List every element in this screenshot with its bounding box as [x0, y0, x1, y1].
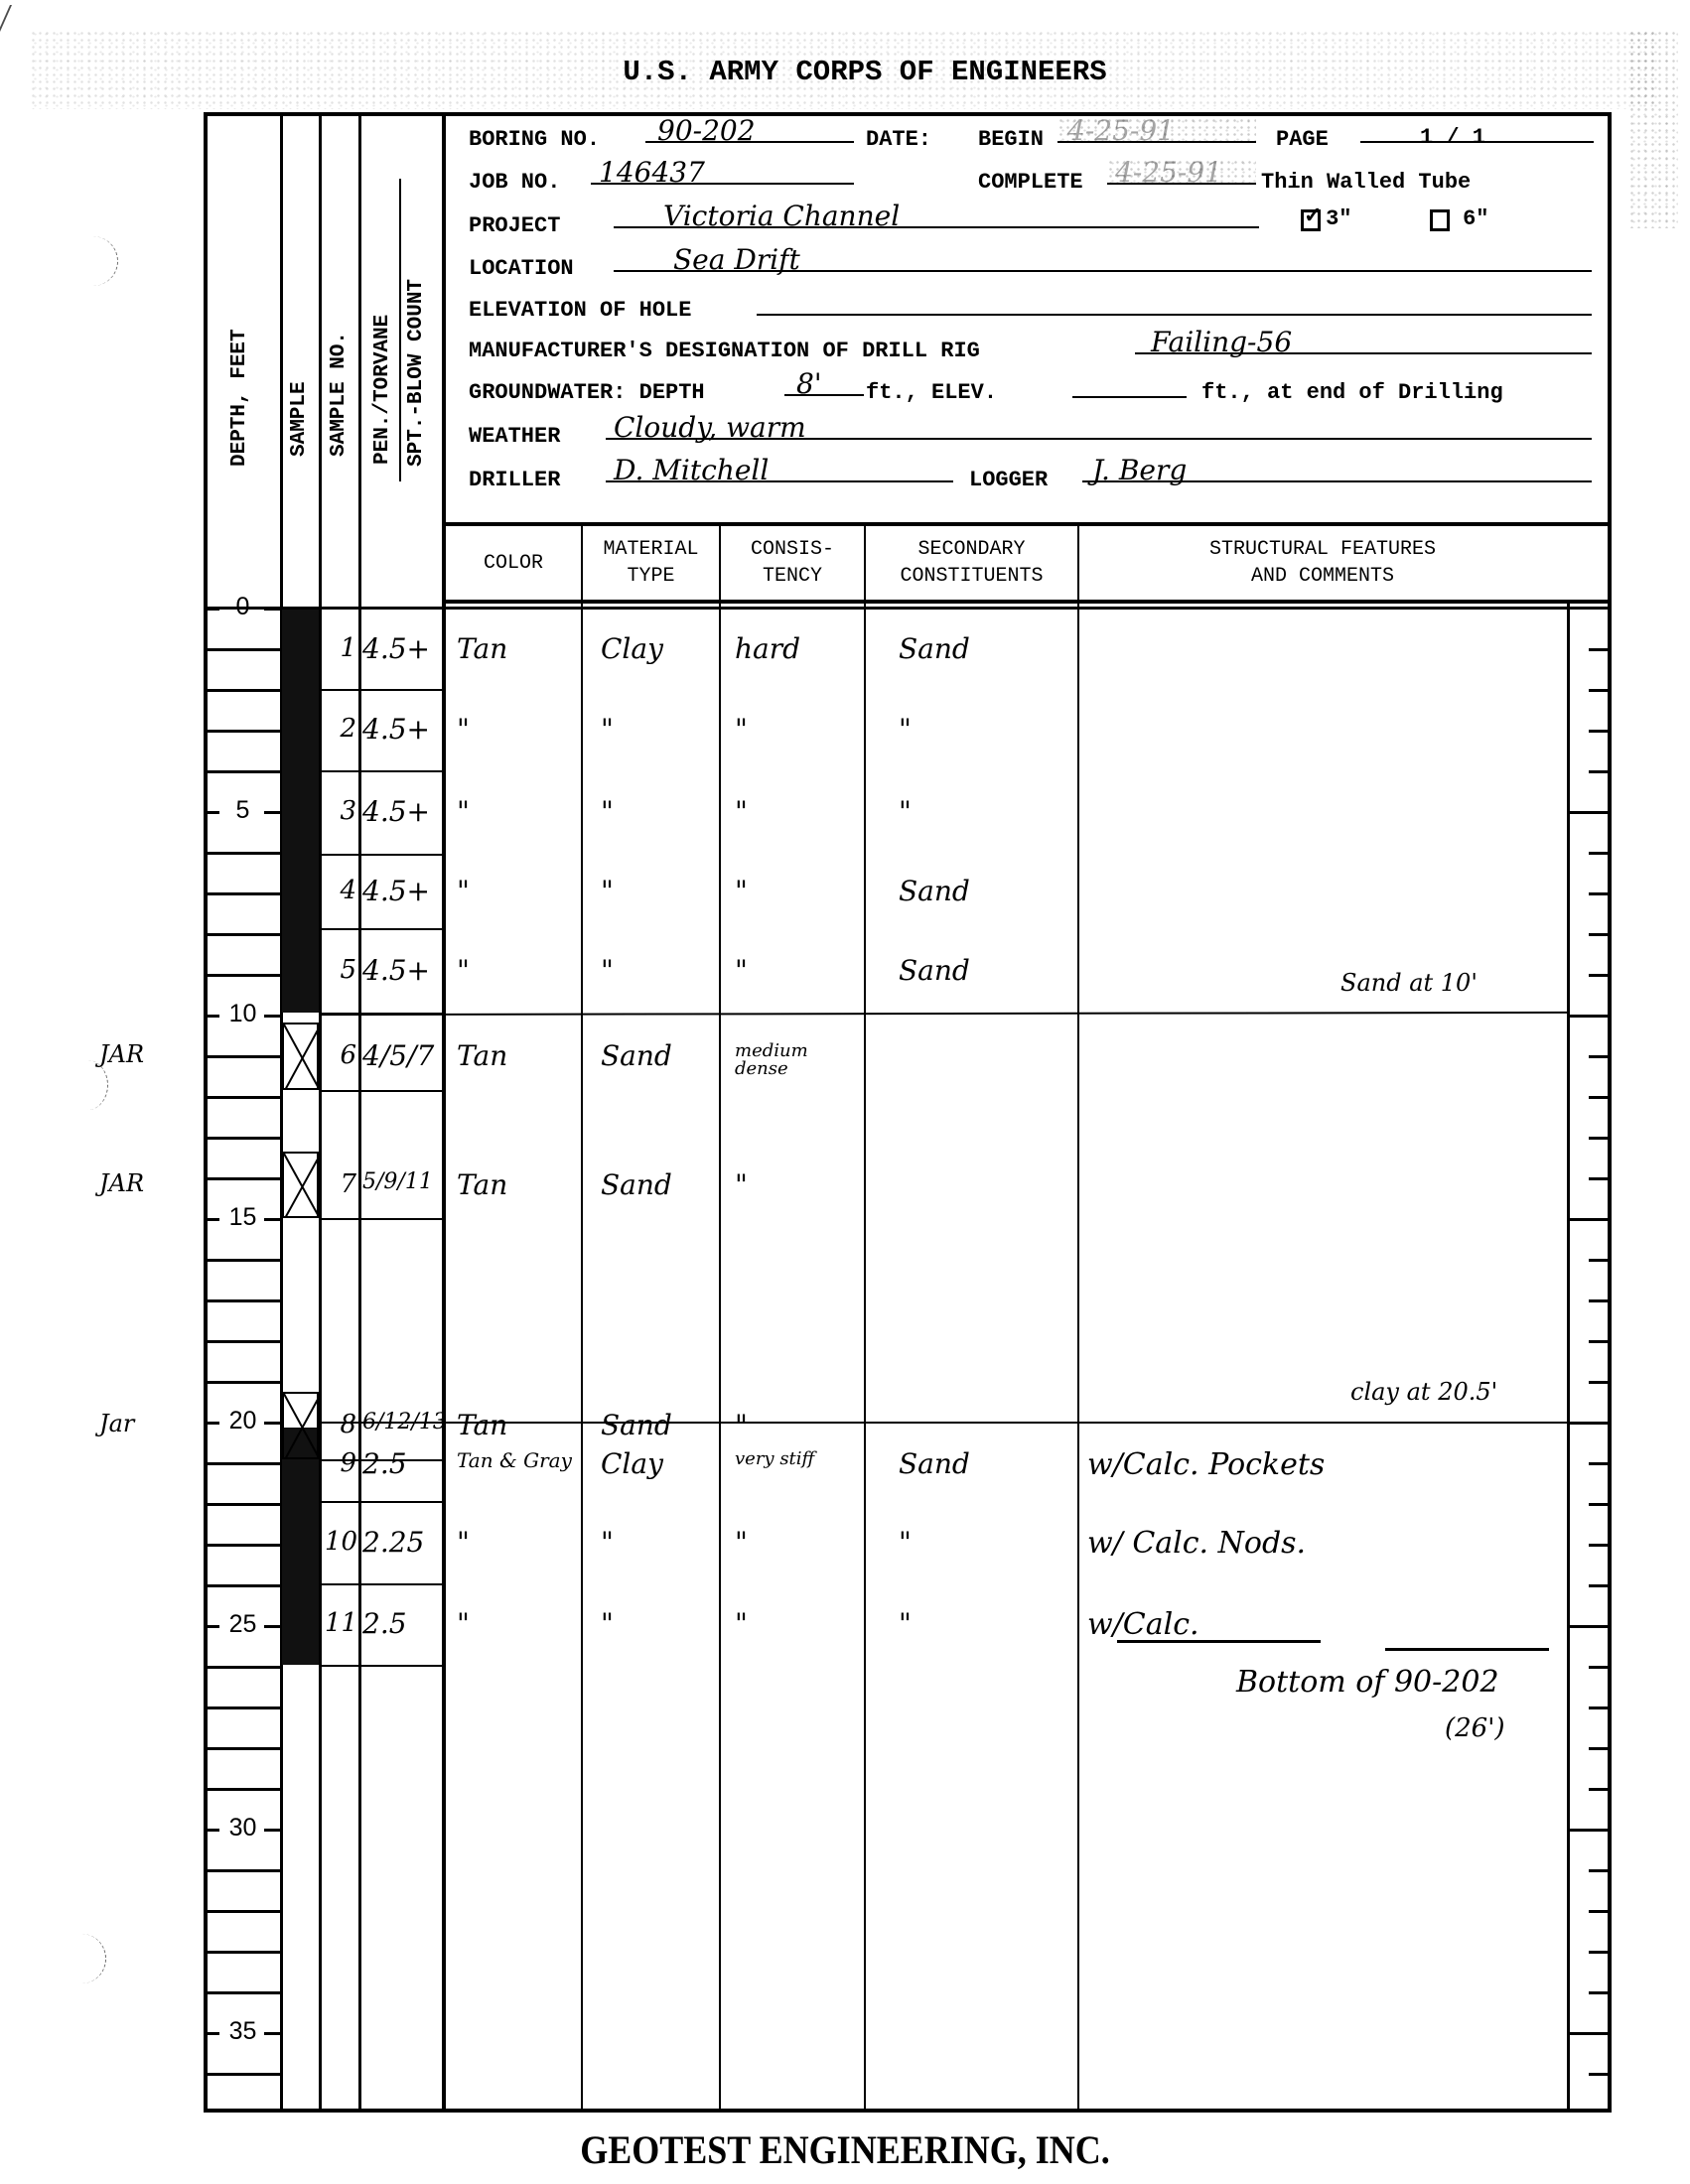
- consistency-value: ": [735, 878, 854, 905]
- scale-tick: [1589, 1259, 1610, 1262]
- consistency-value: very stiff: [735, 1450, 854, 1468]
- sample-row[interactable]: [321, 1583, 1567, 1665]
- tube-6in-label: 6": [1463, 206, 1488, 231]
- material-value: Clay: [601, 635, 663, 663]
- secondary-value: Sand: [899, 1450, 970, 1478]
- comment-value: w/Calc. Pockets: [1087, 1450, 1325, 1480]
- secondary-value: ": [899, 716, 912, 744]
- scale-tick: [1589, 974, 1610, 977]
- pen-torvane-header: PEN./TORVANE: [371, 256, 394, 465]
- depth-tick: [206, 1259, 280, 1262]
- sample-spt-box: [282, 1152, 319, 1218]
- sample-row[interactable]: [321, 1152, 1567, 1218]
- location-value: Sea Drift: [673, 243, 800, 276]
- scale-tick: [1589, 1137, 1610, 1140]
- col-divider: [358, 112, 361, 2113]
- color-value: Tan: [457, 1171, 507, 1199]
- depth-tick: [206, 1584, 280, 1587]
- col-header-color: COLOR: [446, 526, 581, 600]
- sample-row[interactable]: [321, 689, 1567, 770]
- depth-label: 30: [204, 1816, 282, 1841]
- end-line: [1117, 1640, 1321, 1643]
- col-header-consistency: CONSIS- TENCY: [721, 526, 864, 600]
- material-value: ": [601, 878, 614, 905]
- sample-no: 4: [325, 878, 356, 903]
- scale-tick: [1569, 1422, 1610, 1425]
- thin-walled-tube-label: Thin Walled Tube: [1261, 172, 1471, 194]
- punch-hole: [58, 1934, 106, 1983]
- boring-bottom-26ft: [321, 1665, 442, 1667]
- weather-label: WEATHER: [469, 426, 560, 448]
- color-value: ": [457, 878, 470, 905]
- depth-tick: [206, 1869, 280, 1872]
- consistency-value: hard: [735, 635, 854, 663]
- depth-tick: [206, 1544, 280, 1547]
- depth-tick: [206, 974, 280, 977]
- end-line: [1385, 1648, 1549, 1651]
- color-value: ": [457, 1529, 470, 1557]
- pen-spt-value: 2.5: [362, 1450, 442, 1478]
- consistency-value: ": [735, 798, 854, 826]
- scale-tick: [1589, 1381, 1610, 1384]
- color-value: ": [457, 1610, 470, 1638]
- depth-tick: [206, 1706, 280, 1709]
- sample-divider: [321, 1090, 442, 1092]
- pen-spt-divider: [399, 179, 401, 481]
- agency-title: U.S. ARMY CORPS OF ENGINEERS: [0, 56, 1690, 88]
- groundwater-depth-value: 8': [796, 367, 822, 400]
- job-no-value: 146437: [599, 156, 705, 189]
- depth-tick: [206, 1747, 280, 1750]
- consistency-value: ": [735, 716, 854, 744]
- sample-no: 5: [325, 957, 356, 983]
- consistency-value: ": [735, 957, 854, 985]
- depth-tick: [206, 648, 280, 651]
- ft-elev-label: ft., ELEV.: [866, 382, 997, 404]
- depth-tick: [206, 1299, 280, 1302]
- depth-tick: [206, 1910, 280, 1913]
- sample-divider: [321, 1218, 442, 1220]
- checkmark-icon: ✓: [1304, 203, 1322, 228]
- sample-no: 6: [325, 1042, 356, 1068]
- secondary-value: Sand: [899, 957, 970, 985]
- material-value: ": [601, 1610, 614, 1638]
- note-bottom-depth: (26'): [1445, 1715, 1505, 1741]
- column-header-bottom: [442, 600, 1612, 604]
- scale-tick: [1589, 1991, 1610, 1994]
- logger-label: LOGGER: [969, 470, 1048, 491]
- sample-no: 1: [325, 635, 356, 661]
- note-bottom-of-boring: Bottom of 90-202: [1236, 1668, 1499, 1698]
- col-divider: [442, 112, 446, 2113]
- location-field[interactable]: Sea Drift: [614, 246, 1592, 272]
- elevation-label: ELEVATION OF HOLE: [469, 300, 691, 322]
- material-value: Sand: [601, 1171, 672, 1199]
- depth-tick: [206, 1951, 280, 1954]
- groundwater-depth-field[interactable]: 8': [784, 370, 864, 396]
- tube-3in-label: 3": [1326, 206, 1351, 231]
- tube-3in-option[interactable]: ✓ 3": [1301, 208, 1352, 231]
- sample-no: 2: [325, 716, 356, 742]
- scale-tick: [1589, 933, 1610, 936]
- sample-row[interactable]: [321, 1501, 1567, 1583]
- drill-rig-field[interactable]: Failing-56: [1135, 329, 1592, 354]
- scale-tick: [1589, 648, 1610, 651]
- sample-tube-bar: [282, 1428, 319, 1665]
- secondary-value: ": [899, 1529, 912, 1557]
- col-header-secondary: SECONDARY CONSTITUENTS: [866, 526, 1077, 600]
- depth-tick: [206, 1462, 280, 1465]
- scale-tick: [1589, 1055, 1610, 1058]
- boring-no-field[interactable]: 90-202: [645, 117, 854, 143]
- comment-value: w/ Calc. Nods.: [1087, 1529, 1306, 1559]
- color-value: ": [457, 798, 470, 826]
- color-value: ": [457, 957, 470, 985]
- depth-tick: [206, 1340, 280, 1343]
- secondary-value: ": [899, 798, 912, 826]
- begin-date-field[interactable]: 4-25-91: [1057, 117, 1256, 143]
- driller-field[interactable]: D. Mitchell: [606, 457, 953, 482]
- margin-jar-note: Jar: [99, 1412, 134, 1435]
- scale-tick: [1589, 1706, 1610, 1709]
- depth-tick: [206, 1137, 280, 1140]
- scale-tick: [1589, 1869, 1610, 1872]
- note-sand-at-10: Sand at 10': [1340, 971, 1478, 995]
- scale-tick: [1589, 1177, 1610, 1180]
- job-no-label: JOB NO.: [469, 172, 560, 194]
- secondary-value: Sand: [899, 878, 970, 905]
- scale-tick: [1589, 1544, 1610, 1547]
- consistency-value: medium dense: [735, 1042, 854, 1078]
- depth-tick: [206, 730, 280, 733]
- complete-date-field[interactable]: 4-25-91: [1107, 159, 1256, 185]
- col-divider: [280, 112, 283, 2113]
- sample-no: 11: [325, 1610, 356, 1636]
- depth-tick: [206, 892, 280, 895]
- pen-spt-value: 4.5+: [362, 878, 442, 905]
- company-footer: GEOTEST ENGINEERING, INC.: [84, 2126, 1606, 2173]
- pen-spt-value: 4.5+: [362, 957, 442, 985]
- material-value: ": [601, 957, 614, 985]
- sample-spt-box: [282, 1023, 319, 1090]
- project-value: Victoria Channel: [663, 200, 900, 232]
- location-label: LOCATION: [469, 258, 574, 280]
- scale-tick: [1589, 1910, 1610, 1913]
- sample-row[interactable]: [321, 770, 1567, 854]
- consistency-value: ": [735, 1529, 854, 1557]
- scale-tick: [1589, 689, 1610, 692]
- scale-tick: [1589, 2073, 1610, 2076]
- pen-spt-value: 5/9/11: [362, 1171, 442, 1193]
- margin-jar-note: JAR: [99, 1171, 144, 1195]
- depth-tick: [206, 1177, 280, 1180]
- consistency-value: ": [735, 1171, 854, 1199]
- depth-label: 35: [204, 2019, 282, 2044]
- scale-tick: [1589, 1503, 1610, 1506]
- pen-spt-value: 4.5+: [362, 635, 442, 663]
- scale-tick: [1589, 892, 1610, 895]
- date-label: DATE:: [866, 129, 931, 151]
- pen-spt-value: 2.25: [362, 1529, 442, 1557]
- depth-tick: [206, 1503, 280, 1506]
- depth-tick: [206, 1788, 280, 1791]
- scale-col-divider: [1567, 602, 1570, 2111]
- end-of-drilling-label: ft., at end of Drilling: [1201, 382, 1503, 404]
- material-value: ": [601, 798, 614, 826]
- tube-3in-checkbox[interactable]: ✓: [1301, 209, 1321, 231]
- scale-tick: [1569, 1015, 1610, 1018]
- weather-field[interactable]: Cloudy, warm: [606, 414, 1592, 440]
- logger-field[interactable]: J. Berg: [1082, 457, 1592, 482]
- scale-tick: [1569, 1625, 1610, 1628]
- pen-spt-value: 4.5+: [362, 716, 442, 744]
- depth-tick: [206, 770, 280, 773]
- elevation-field[interactable]: [757, 290, 1592, 316]
- depth-feet-header: DEPTH, FEET: [228, 268, 251, 467]
- color-value: ": [457, 716, 470, 744]
- sample-header: SAMPLE: [288, 347, 311, 457]
- punch-hole: [68, 236, 118, 286]
- scale-tick: [1569, 811, 1610, 814]
- groundwater-elev-field[interactable]: [1072, 372, 1187, 398]
- depth-tick: [206, 933, 280, 936]
- drill-rig-label: MANUFACTURER'S DESIGNATION OF DRILL RIG: [469, 341, 980, 362]
- begin-date-value: 4-25-91: [1067, 114, 1175, 147]
- scale-tick: [1589, 1340, 1610, 1343]
- scale-tick: [1589, 1747, 1610, 1750]
- tube-6in-option[interactable]: 6": [1430, 208, 1489, 231]
- col-header-material: MATERIAL TYPE: [583, 526, 719, 600]
- col-header-structural: STRUCTURAL FEATURES AND COMMENTS: [1079, 526, 1566, 600]
- pen-spt-value: 2.5: [362, 1610, 442, 1638]
- sample-no-header: SAMPLE NO.: [328, 298, 351, 457]
- sample-spt-box: [282, 1392, 319, 1459]
- material-value: Sand: [601, 1042, 672, 1070]
- spt-blow-count-header: SPT.-BLOW COUNT: [405, 223, 428, 467]
- sample-tube-bar: [282, 610, 319, 1013]
- pen-spt-value: 4.5+: [362, 798, 442, 826]
- color-value: Tan & Gray: [457, 1450, 572, 1470]
- page-field[interactable]: 1 / 1: [1360, 117, 1594, 143]
- tube-6in-checkbox[interactable]: [1430, 209, 1450, 231]
- driller-label: DRILLER: [469, 470, 560, 491]
- scale-tick: [1589, 1788, 1610, 1791]
- consistency-value: ": [735, 1610, 854, 1638]
- color-value: Tan: [457, 635, 507, 663]
- job-no-field[interactable]: 146437: [591, 159, 854, 185]
- sample-no: 9: [325, 1450, 356, 1476]
- project-label: PROJECT: [469, 215, 560, 237]
- depth-label: 10: [204, 1002, 282, 1026]
- scale-tick: [1569, 2032, 1610, 2035]
- depth-tick: [206, 1096, 280, 1099]
- pen-spt-value: 4/5/7: [362, 1042, 442, 1070]
- material-value: Clay: [601, 1450, 663, 1478]
- secondary-value: Sand: [899, 635, 970, 663]
- scale-tick: [1589, 730, 1610, 733]
- color-value: Tan: [457, 1042, 507, 1070]
- boring-no-value: 90-202: [657, 114, 756, 147]
- sample-row[interactable]: [321, 1023, 1567, 1090]
- scale-tick: [1589, 770, 1610, 773]
- scale-tick: [1589, 1951, 1610, 1954]
- depth-label: 15: [204, 1205, 282, 1230]
- logger-value: J. Berg: [1092, 454, 1187, 486]
- scale-tick: [1589, 1299, 1610, 1302]
- depth-tick: [206, 852, 280, 855]
- groundwater-depth-label: GROUNDWATER: DEPTH: [469, 382, 705, 404]
- complete-label: COMPLETE: [978, 172, 1083, 194]
- weather-value: Cloudy, warm: [614, 411, 806, 444]
- depth-tick: [206, 2073, 280, 2076]
- begin-label: BEGIN: [978, 129, 1044, 151]
- scale-tick: [1589, 1462, 1610, 1465]
- scale-tick: [1589, 1584, 1610, 1587]
- complete-date-value: 4-25-91: [1115, 156, 1222, 189]
- scale-tick: [1589, 852, 1610, 855]
- scale-tick: [1589, 1096, 1610, 1099]
- boring-no-label: BORING NO.: [469, 129, 600, 151]
- page-label: PAGE: [1276, 129, 1329, 151]
- driller-value: D. Mitchell: [614, 454, 769, 486]
- page-value: 1 / 1: [1420, 125, 1485, 150]
- drill-rig-value: Failing-56: [1151, 326, 1292, 358]
- depth-tick: [206, 689, 280, 692]
- project-field[interactable]: Victoria Channel: [614, 203, 1259, 228]
- layer-boundary-20ft: [321, 1422, 1569, 1424]
- sample-no: 3: [325, 798, 356, 824]
- depth-label: 0: [204, 595, 282, 619]
- material-value: ": [601, 716, 614, 744]
- depth-label: 5: [204, 798, 282, 823]
- depth-tick: [206, 1381, 280, 1384]
- col-divider: [319, 112, 322, 2113]
- margin-jar-note: JAR: [99, 1042, 144, 1066]
- sample-no: 7: [325, 1171, 356, 1197]
- secondary-value: ": [899, 1610, 912, 1638]
- scale-tick: [1569, 1218, 1610, 1221]
- depth-tick: [206, 1055, 280, 1058]
- scale-tick: [1569, 1829, 1610, 1832]
- depth-label: 25: [204, 1612, 282, 1637]
- depth-tick: [206, 1666, 280, 1669]
- comment-value: w/Calc.: [1087, 1610, 1199, 1640]
- note-clay-at-20: clay at 20.5': [1350, 1380, 1497, 1404]
- scale-tick: [1589, 1666, 1610, 1669]
- material-value: ": [601, 1529, 614, 1557]
- depth-label: 20: [204, 1409, 282, 1433]
- sample-no: 10: [325, 1529, 356, 1555]
- depth-tick: [206, 1991, 280, 1994]
